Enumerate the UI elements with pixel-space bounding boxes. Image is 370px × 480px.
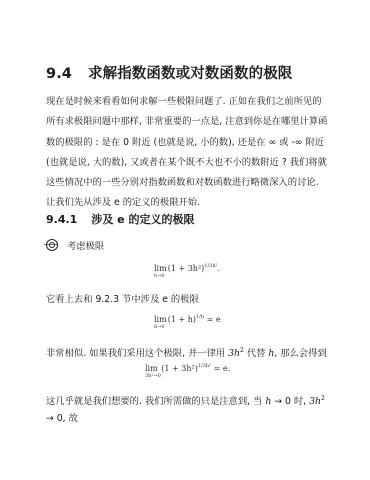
example-block: 考虑极限 — [46, 238, 104, 252]
closing-paragraph: 这几乎就是我们想要的. 我们所需做的只是注意到, 当 h → 0 时, 3h2 … — [46, 389, 336, 430]
equation-body: (1 + 3h²) — [161, 364, 198, 373]
section-heading: 9.4求解指数函数或对数函数的极限 — [46, 62, 292, 83]
paragraph-line: (也就是说, 大的数), 又或者在某个既不大也不小的数附近 ? 我们将就 — [46, 153, 336, 173]
lim-operator: lim3h²→0 — [145, 364, 158, 373]
subsection-number: 9.4.1 — [46, 213, 77, 226]
paragraph-line: 数的极限的 : 是在 0 附近 (也就是说, 小的数), 还是在 ∞ 或 -∞ … — [46, 133, 336, 153]
lim-operator: limh→0 — [154, 315, 167, 324]
lim-subscript: h→0 — [154, 273, 165, 279]
equation-exponent: 1/h — [196, 314, 204, 320]
paragraph-line: 所有求极限问题中那样, 非常重要的一点是, 注意到你是在哪里计算函 — [46, 112, 336, 132]
equation-1: limh→0(1 + 3h²)1/3h². — [154, 263, 220, 273]
example-label: 考虑极限 — [67, 241, 104, 252]
example-circle-icon — [46, 239, 58, 251]
lim-subscript: h→0 — [154, 324, 165, 330]
section-title: 求解指数函数或对数函数的极限 — [88, 66, 292, 82]
equation-3: lim3h²→0 (1 + 3h²)1/3h² = e. — [145, 363, 230, 373]
paragraph-line: 现在是时候来看看如何求解一些极限问题了. 正如在我们之前所见的 — [46, 92, 336, 112]
lim-operator: limh→0 — [154, 264, 167, 273]
paragraph-line: 它看上去和 9.2.3 节中涉及 e 的极限 — [46, 290, 336, 310]
text-after-eq1: 它看上去和 9.2.3 节中涉及 e 的极限 — [46, 290, 336, 310]
equation-exponent: 1/3h² — [198, 363, 211, 369]
paragraph-line: 这些情况中的一些分别对指数函数和对数函数进行略微深入的讨论. — [46, 173, 336, 193]
subsection-heading: 9.4.1涉及 e 的定义的极限 — [46, 211, 194, 227]
equation-exponent: 1/3h² — [204, 263, 217, 269]
equation-2: limh→0(1 + h)1/h = e — [154, 314, 221, 324]
equation-body: (1 + 3h²) — [168, 264, 205, 273]
lim-subscript: 3h²→0 — [145, 373, 161, 379]
text-after-eq2: 非常相似. 如果我们采用这个极限, 并一律用 3h2 代替 h, 那么会得到 — [46, 341, 336, 361]
section-number: 9.4 — [46, 66, 72, 82]
paragraph-line: → 0, 故 — [46, 409, 336, 429]
subsection-title: 涉及 e 的定义的极限 — [91, 213, 194, 226]
document-page: 9.4求解指数函数或对数函数的极限 现在是时候来看看如何求解一些极限问题了. 正… — [0, 0, 370, 480]
intro-paragraph: 现在是时候来看看如何求解一些极限问题了. 正如在我们之前所见的 所有求极限问题中… — [46, 92, 336, 214]
equation-body: (1 + h) — [168, 315, 196, 324]
